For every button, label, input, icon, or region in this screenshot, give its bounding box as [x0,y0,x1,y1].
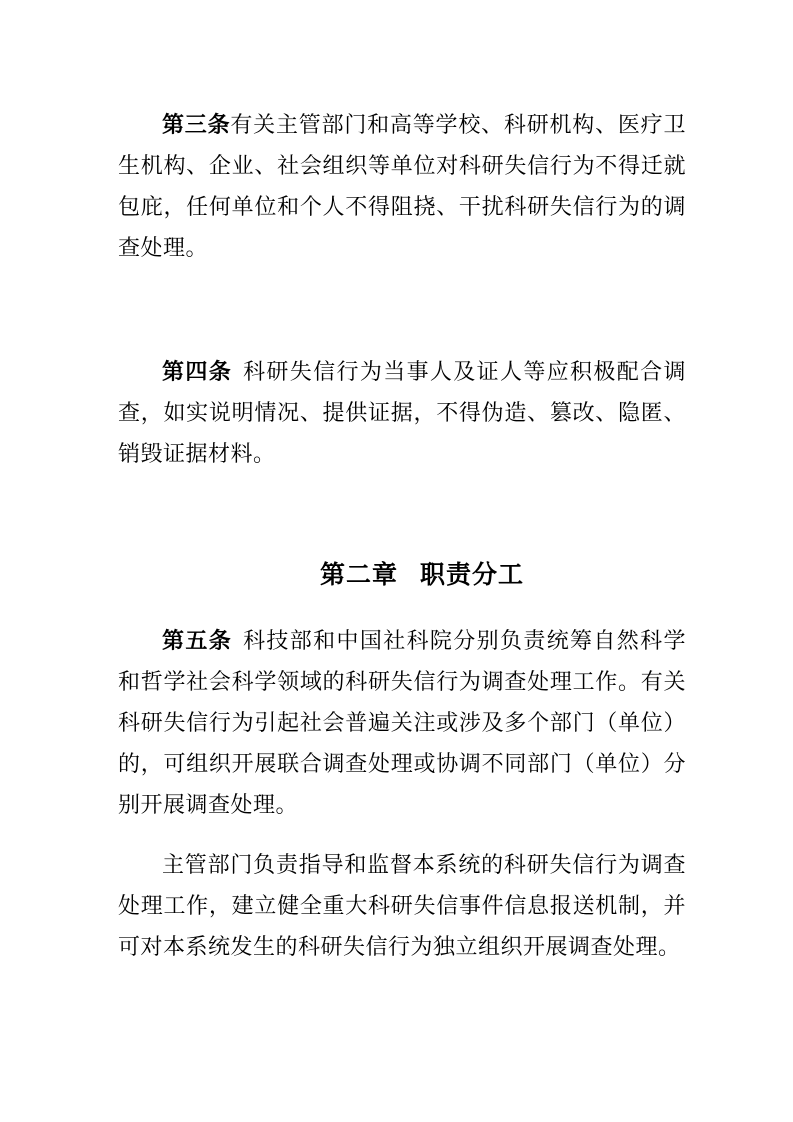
chapter-title: 职责分工 [420,561,524,589]
chapter-2-heading: 第二章职责分工 [118,555,686,596]
article-4-label: 第四条 [162,359,232,384]
closing-paragraph: 主管部门负责指导和监督本系统的科研失信行为调查处理工作，建立健全重大科研失信事件… [118,844,686,967]
article-5-label: 第五条 [162,628,232,653]
article-3-paragraph: 第三条有关主管部门和高等学校、科研机构、医疗卫生机构、企业、社会组织等单位对科研… [118,104,686,268]
chapter-number: 第二章 [320,561,398,589]
closing-paragraph-text: 主管部门负责指导和监督本系统的科研失信行为调查处理工作，建立健全重大科研失信事件… [118,852,686,959]
article-4-paragraph: 第四条科研失信行为当事人及证人等应积极配合调查，如实说明情况、提供证据，不得伪造… [118,351,686,474]
article-5-text: 科技部和中国社科院分别负责统筹自然科学和哲学社会科学领域的科研失信行为调查处理工… [118,628,686,817]
document-page: 第三条有关主管部门和高等学校、科研机构、医疗卫生机构、企业、社会组织等单位对科研… [0,0,793,1122]
article-3-label: 第三条 [162,112,230,137]
article-5-paragraph: 第五条科技部和中国社科院分别负责统筹自然科学和哲学社会科学领域的科研失信行为调查… [118,620,686,825]
